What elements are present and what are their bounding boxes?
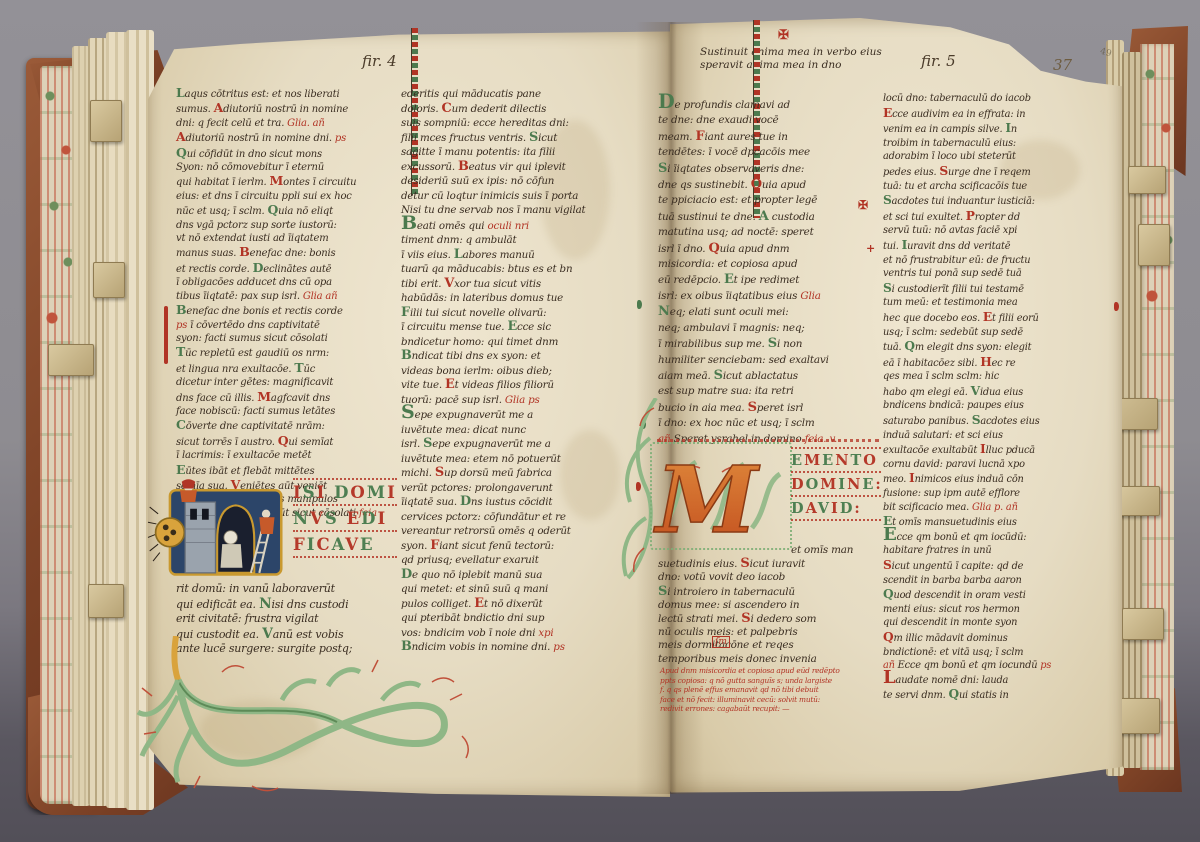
text-segment: ī dno: ex hoc nūc et usq; ī sclm <box>658 417 815 429</box>
text-line: pulos colliget. Et nō dixerūt <box>401 597 635 612</box>
text-line: Cōverte dne captivitatē nrām: <box>176 418 400 433</box>
text-segment: tibus īiqtatē: pax sup isrl. <box>176 291 303 302</box>
header-antiphon-line1: Sustinuit anima mea in verbo eius <box>700 46 925 59</box>
text-segment: nimicos eius induā cōn <box>915 474 1024 485</box>
text-segment: locū dno: tabernaculū do iacob <box>883 93 1031 104</box>
bookmark-tab <box>90 100 122 142</box>
text-line: Ecce qm bonū et qm iocūdū: <box>883 530 1113 545</box>
text-segment: dicetur inter gētes: magnificavit <box>176 377 333 388</box>
text-line: Adiutoriū nostrū in nomine dni. ps <box>176 130 400 145</box>
text-line: Beati omēs qui oculi nri <box>401 218 635 234</box>
text-segment: et nō frustrabitur eū: de fructu <box>883 255 1030 266</box>
text-line: Si custodierīt filii tui testamē <box>883 281 1113 297</box>
display-capitals-nisi-dominus: ISI DOMINVS EDIFICAVE <box>293 478 397 558</box>
text-segment: aqus cōtritus est: et nos liberati <box>185 89 340 100</box>
text-segment: ūc <box>303 364 315 375</box>
text-line: ventris tui ponā sup sedē tuā <box>883 267 1113 281</box>
text-segment: doloris. <box>401 103 442 115</box>
text-line: qui edificāt ea. Nisi dns custodi <box>176 597 426 613</box>
text-segment: meo. <box>883 474 909 485</box>
text-segment: t omīs mansuetudinis eius <box>892 517 1017 528</box>
text-segment: ppts copiosa: q nō gutta sanguīs s; unda… <box>660 676 832 685</box>
text-line: temporibus meis donec invenia <box>658 653 884 666</box>
text-segment: Glia. añ <box>287 118 325 129</box>
text-segment: tuorū: pacē sup isrl. <box>401 394 505 406</box>
text-segment: up dorsū meū fabrica <box>444 467 552 479</box>
text-line: rit domū: in vanū laboraverūt <box>176 582 426 597</box>
historiated-initial-n <box>148 476 288 582</box>
text-segment: meam. <box>658 131 695 143</box>
text-segment: suetudinis eius. <box>658 558 740 570</box>
text-line: Qui cōfidūt in dno sicut mons <box>176 146 400 161</box>
text-segment: V <box>444 276 454 291</box>
text-line: michi. Sup dorsū meū fabrica <box>401 466 635 481</box>
text-segment: te ppiciacio est: et propter legē <box>658 194 817 206</box>
text-line: qui pteribāt bndictio dni sup <box>401 611 635 626</box>
text-segment <box>326 483 334 502</box>
page-stack-edge <box>106 32 128 808</box>
text-segment: enefac dne bonis et rectis corde <box>186 306 342 317</box>
text-line: tuā sustinui te dne. A custodia <box>658 209 884 225</box>
text-line: lectū strati mei. Si dedero som <box>658 612 884 626</box>
text-segment: xor tua sicut vitis <box>454 278 541 290</box>
text-segment: sagitte ī manu potentis: ita filii <box>401 146 555 158</box>
text-segment: custodia <box>769 211 815 223</box>
text-segment: syon: facti sumus sicut cōsolati <box>176 333 328 344</box>
text-line: tum meū: et testimonia mea <box>883 296 1113 310</box>
text-segment: ī mirabilibus sup me. <box>658 338 768 350</box>
text-segment: saturabo panibus. <box>883 416 972 427</box>
text-line: eū redēpcio. Et ipe redimet <box>658 272 884 288</box>
text-segment: f. q qs plenē effus emanavit qd nō tibi … <box>660 685 819 694</box>
text-line: filii mces fructus ventris. Sicut <box>401 131 635 146</box>
text-line: Sacdotes tui induantur iusticiā: <box>883 193 1113 209</box>
text-segment: P <box>966 208 975 223</box>
text-segment: uia apud dnm <box>720 243 790 255</box>
text-segment: icut ablactatus <box>723 370 798 382</box>
text-segment: syon. <box>401 540 430 552</box>
text-segment: bucio in aia mea. <box>658 402 748 414</box>
gloss-marker: ſm <box>712 636 730 648</box>
text-segment: D <box>658 90 674 113</box>
text-line: qes mea ī sclm sclm: hic <box>883 370 1113 384</box>
text-segment: I <box>831 500 840 517</box>
text-segment: redivit errones: cagabaūt recupit: — <box>660 704 789 713</box>
cross-icon: ✠ <box>778 28 789 43</box>
text-segment: ns iustus cōcidit <box>471 496 552 508</box>
header-antiphon-line2: speravit anima mea in dno <box>700 59 925 72</box>
text-line: et nō frustrabitur eū: de fructu <box>883 254 1113 268</box>
text-segment: B <box>401 348 412 363</box>
text-segment: M <box>820 476 838 493</box>
text-segment: E <box>176 462 185 477</box>
text-line: iuvētute mea: dicat nunc <box>401 423 635 438</box>
text-segment: : <box>875 476 882 493</box>
text-segment: isi dns custodi <box>271 598 348 611</box>
text-segment: bit scificacio mea. <box>883 502 972 513</box>
text-line: Benefac dne bonis et rectis corde <box>176 303 400 318</box>
text-segment: I <box>377 509 387 528</box>
text-line: ī lacrimis: ī exultacōe metēt <box>176 449 400 462</box>
text-segment: eā ī habitacōez sibi. <box>883 358 980 369</box>
foliate-flourish <box>132 636 482 806</box>
text-segment: bndicetur homo: qui timet dnm <box>401 336 558 348</box>
text-segment: iuvētute mea: dicat nunc <box>401 424 526 436</box>
margin-mark <box>637 300 642 309</box>
text-segment: E <box>507 319 517 334</box>
text-segment: urge dne ī reqem <box>948 167 1031 178</box>
text-segment: temporibus meis donec invenia <box>658 653 817 665</box>
text-line: Syon: nō cōmovebitur ī eternū <box>176 161 400 174</box>
text-line: scendit in barba barba aaron <box>883 574 1113 588</box>
text-line: doloris. Cum dederit dilectis <box>401 102 635 117</box>
text-line: habitare fratres in unū <box>883 544 1113 558</box>
text-segment: isrl. <box>401 438 423 450</box>
text-segment: Q <box>948 686 958 701</box>
text-segment: i custodierīt filii tui testamē <box>892 284 1024 295</box>
text-line: venim ea in campis silve. In <box>883 121 1113 137</box>
text-segment: face et nō fecit: illuminavit cecū: solv… <box>660 695 820 704</box>
text-segment: agfcavit dns <box>271 393 330 404</box>
text-segment: qd priusq; evellatur exaruit <box>401 554 539 566</box>
text-segment: te dne: dne exaudi vocē <box>658 114 778 126</box>
text-segment: S <box>740 556 749 571</box>
text-segment: isrl: ex oibus īiqtatibus eius <box>658 290 800 302</box>
text-segment: E <box>883 105 892 120</box>
text-segment: F <box>401 305 410 320</box>
text-line: eā ī habitacōez sibi. Hec re <box>883 355 1113 371</box>
text-segment: B <box>239 244 249 259</box>
text-line: et omīs man <box>658 544 884 557</box>
text-segment: D <box>334 483 350 502</box>
text-segment: t videas filios filiorū <box>455 379 554 391</box>
text-segment: B <box>401 212 417 234</box>
text-segment: iuvētute mea: etem nō potuerūt <box>401 453 561 465</box>
text-segment: uravit dns dd veritatē <box>907 241 1010 252</box>
text-segment: A <box>332 535 346 554</box>
text-segment: servū tuū: nō avtas faciē xpi <box>883 225 1017 236</box>
text-line: tui. Iuravit dns dd veritatē <box>883 238 1113 254</box>
text-line: isrl. Sepe expugnaverūt me a <box>401 437 635 452</box>
corner-number: 49 <box>1099 47 1113 59</box>
folio-mark-left: fir. 4 <box>362 52 397 70</box>
text-segment: pedes eius. <box>883 167 939 178</box>
text-line: bndicetur homo: qui timet dnm <box>401 335 635 350</box>
text-segment: michi. <box>401 467 435 479</box>
text-line: dicetur inter gētes: magnificavit <box>176 376 400 389</box>
text-segment: idua eius <box>980 387 1023 398</box>
text-segment: E <box>983 309 992 324</box>
text-segment: E <box>474 596 484 611</box>
text-segment: B <box>176 302 186 317</box>
text-segment: F <box>430 538 439 553</box>
text-line: añ Ecce qm bonū et qm iocundū ps <box>883 659 1113 673</box>
text-line: tibus īiqtatē: pax sup isrl. Glia añ <box>176 290 400 303</box>
text-segment: est sup matre sua: ita retri <box>658 385 794 397</box>
text-line: Ecce audivim ea in effrata: in <box>883 106 1113 122</box>
text-segment: I <box>838 476 847 493</box>
text-line: tuarū qa māducabis: btus es et bn <box>401 262 635 277</box>
text-segment: acdotes eius <box>980 416 1039 427</box>
text-segment: audate nomē dni: lauda <box>896 675 1009 686</box>
text-segment: qui descendit in monte syon <box>883 617 1017 628</box>
text-segment: misicordia: et copiosa apud <box>658 258 797 270</box>
text-segment: neq; ambulavi ī magnis: neq; <box>658 322 805 334</box>
text-segment: M <box>804 452 822 469</box>
text-segment: Glia ps <box>505 394 540 406</box>
text-segment: V <box>818 500 831 517</box>
gloss-note: Apud dnm misicordia et copiosa apud eūd … <box>660 666 894 714</box>
margin-initial-i <box>164 306 168 364</box>
text-line: Et omīs mansuetudinis eius <box>883 514 1113 530</box>
text-segment: N <box>259 596 271 612</box>
text-segment: um dederit dilectis <box>452 103 547 115</box>
text-segment: eatus vir qui iplevit <box>469 161 566 173</box>
text-segment: t ipe redimet <box>734 274 800 286</box>
bookmark-tab <box>48 344 94 376</box>
text-segment: I <box>293 483 303 502</box>
text-segment: sumus. <box>176 104 214 115</box>
right-page-after-initial-text: et omīs mansuetudinis eius. Sicut iuravi… <box>658 544 884 666</box>
text-segment: V <box>345 535 360 554</box>
text-line: vite tue. Et videas filios filiorū <box>401 378 635 393</box>
text-segment: Q <box>267 202 278 217</box>
text-segment: detur cū loqtur inimicis suis ī porta <box>401 190 578 202</box>
text-line: eius: et dns ī circuitu ppli sui ex hoc <box>176 190 400 203</box>
text-line: DOMINE: <box>791 473 881 497</box>
text-segment: uia apud <box>762 179 806 191</box>
text-line: et lingua nra exultacōe. Tūc <box>176 361 400 376</box>
text-segment: tuā sustinui te dne. <box>658 211 759 223</box>
text-line: Quod descendit in oram vesti <box>883 587 1113 603</box>
text-segment: E <box>347 509 362 528</box>
text-line: Tūc repletū est gaudiū os nrm: <box>176 345 400 360</box>
text-segment: ps <box>553 641 564 653</box>
text-segment: D <box>401 567 412 582</box>
text-segment: Q <box>751 177 762 192</box>
bookmark-tab <box>1116 486 1160 516</box>
text-line: suis sompniū: ecce hereditas dni: <box>401 116 635 131</box>
text-segment: ui semīat <box>288 437 333 448</box>
text-segment: S <box>325 509 339 528</box>
text-segment: adorabim ī loco ubi steterūt <box>883 151 1016 162</box>
text-segment: L <box>454 247 463 262</box>
text-segment: i non <box>777 338 802 350</box>
text-segment: ī cōvertēdo dns captivitatē <box>190 320 320 331</box>
text-segment: et omīs man <box>791 544 853 556</box>
text-line: induā salutari: et sci eius <box>883 429 1113 443</box>
text-segment: cce audivim ea in effrata: in <box>892 109 1025 120</box>
text-line: ps ī cōvertēdo dns captivitatē <box>176 319 400 332</box>
text-segment: excussorū. <box>401 161 458 173</box>
text-line: desideriū suū ex ipis: nō cōfun <box>401 174 635 189</box>
text-line: qui habitat ī ierlm. Montes ī circuitu <box>176 174 400 189</box>
text-line: Nisi tu dne servab nos ī manu vigilat <box>401 203 635 218</box>
text-line: humiliter senciebam: sed exaltavi <box>658 353 884 368</box>
text-line: Laudate nomē dni: lauda <box>883 673 1113 688</box>
text-segment: ī circuitu mense tue. <box>401 321 507 333</box>
text-line: face nobiscū: facti sumus letātes <box>176 405 400 418</box>
text-segment: tibi erit. <box>401 278 444 290</box>
text-line: hec que docebo eos. Et filii eorū <box>883 310 1113 326</box>
text-line: domus mee: si ascendero in <box>658 599 884 612</box>
text-segment: N <box>847 476 862 493</box>
text-line: dno: votū vovit deo iacob <box>658 571 884 584</box>
text-segment: : <box>854 500 861 517</box>
text-line: tendētes: ī vocē dpcacōis mee <box>658 145 884 160</box>
text-segment: S <box>714 368 723 383</box>
text-line: suetudinis eius. Sicut iuravit <box>658 557 884 571</box>
text-segment: induā salutari: et sci eius <box>883 430 1003 441</box>
text-line: f. q qs plenē effus emanavit qd nō tibi … <box>660 685 894 695</box>
folio-mark-right: fir. 5 <box>921 52 956 70</box>
text-line: syon. Fiant sicut fenū tectorū: <box>401 539 635 554</box>
text-segment: dne qs sustinebit. <box>658 179 751 191</box>
text-line: timent dnm: q ambulāt <box>401 233 635 248</box>
text-segment: aiam meā. <box>658 370 714 382</box>
text-segment: i īiqtates observaveris dne: <box>667 163 804 175</box>
text-segment: tum meū: et testimonia mea <box>883 297 1017 308</box>
text-segment: et lingua nra exultacōe. <box>176 364 294 375</box>
text-segment: N <box>293 509 310 528</box>
text-segment: eq; elati sunt oculi mei: <box>670 306 789 318</box>
text-segment: ui statis in <box>959 690 1009 701</box>
text-segment: N <box>835 452 850 469</box>
text-segment: V <box>971 383 980 398</box>
text-segment: Apud dnm misicordia et copiosa apud eūd … <box>660 666 840 675</box>
text-segment: t nō dixerūt <box>484 598 543 610</box>
text-segment: M <box>367 483 387 502</box>
text-segment: hec que docebo eos. <box>883 313 983 324</box>
text-line: neq; ambulavi ī magnis: neq; <box>658 321 884 336</box>
text-segment: bndictionē: et vitā usq; ī sclm <box>883 647 1023 658</box>
text-line: usq; ī sclm: sedebūt sup sedē <box>883 326 1113 340</box>
text-line: īiqtatē sua. Dns iustus cōcidit <box>401 495 635 510</box>
text-segment: T <box>850 452 863 469</box>
text-segment: E <box>445 377 455 392</box>
text-segment: vite tue. <box>401 379 445 391</box>
text-segment: epe expugnaverūt me a <box>415 409 533 421</box>
text-line: bndictionē: et vitā usq; ī sclm <box>883 646 1113 660</box>
text-segment: ui cōfidūt in dno sicut mons <box>187 149 322 160</box>
text-segment: D <box>840 500 855 517</box>
right-page-column-1: De profundis clamavi adte dne: dne exaud… <box>658 96 884 447</box>
text-segment: ederitis qui māducatis pane <box>401 88 541 100</box>
text-segment: vt nō extendat iusti ad īiqtatem <box>176 233 329 244</box>
text-segment: cce qm bonū et qm iocūdū: <box>897 532 1027 543</box>
text-line: tibi erit. Vxor tua sicut vitis <box>401 277 635 292</box>
text-line: saturabo panibus. Sacdotes eius <box>883 413 1113 429</box>
svg-text:M: M <box>653 446 761 548</box>
text-segment: ec re <box>992 358 1016 369</box>
text-segment: et sci tui exultet. <box>883 212 966 223</box>
text-segment: eū redēpcio. <box>658 274 724 286</box>
text-segment: Glia <box>800 290 820 302</box>
text-segment: icut <box>538 132 557 144</box>
text-line: Apud dnm misicordia et copiosa apud eūd … <box>660 666 894 676</box>
text-segment: O <box>806 476 821 493</box>
text-segment: S <box>423 436 432 451</box>
text-segment: F <box>293 535 307 554</box>
text-segment: desideriū suū ex ipis: nō cōfun <box>401 175 554 187</box>
text-segment: O <box>863 452 878 469</box>
text-segment: erit civitatē: frustra vigilat <box>176 612 318 625</box>
text-line: sumus. Adiutoriū nostrū in nomine <box>176 101 400 116</box>
text-line: vereantur retrorsū omēs q oderūt <box>401 524 635 539</box>
text-segment: ūtes ibāt et flebāt mittētes <box>185 466 314 477</box>
text-segment: tuarū qa māducabis: btus es et bn <box>401 263 572 275</box>
text-segment: S <box>658 161 667 176</box>
text-segment: A <box>759 209 769 224</box>
text-segment: Q <box>278 433 289 448</box>
text-line: tuorū: pacē sup isrl. Glia ps <box>401 393 635 408</box>
text-line: fusione: sup ipm autē efflore <box>883 487 1113 501</box>
text-segment: m elegit dns syon: elegit <box>915 342 1032 353</box>
text-line: ī viis eius. Labores manuū <box>401 248 635 263</box>
text-line: NVS EDI <box>293 506 397 532</box>
text-segment: diutoriū nostrū in nomine dni. <box>186 133 335 144</box>
text-line: DAVID: <box>791 497 881 521</box>
text-segment: habitare fratres in unū <box>883 545 992 556</box>
text-segment: dno: votū vovit deo iacob <box>658 571 785 583</box>
text-segment: I <box>307 535 317 554</box>
text-segment: cornu david: paravi lucnā xpo <box>883 459 1025 470</box>
text-segment: lectū strati mei. <box>658 613 741 625</box>
text-segment: m illic mādavit dominus <box>893 633 1007 644</box>
text-line: redivit errones: cagabaūt recupit: — <box>660 704 894 714</box>
text-segment: iant sicut fenū tectorū: <box>439 540 554 552</box>
text-line: Sicut ungentū ī capite: qd de <box>883 558 1113 574</box>
text-segment: ontes ī circuitu <box>283 177 356 188</box>
text-line: ī mirabilibus sup me. Si non <box>658 336 884 352</box>
text-segment: Q <box>883 629 893 644</box>
text-line: meo. Inimicos eius induā cōn <box>883 471 1113 487</box>
text-line: servū tuū: nō avtas faciē xpi <box>883 224 1113 238</box>
text-segment: tuā: tu et archa scificacōis tue <box>883 181 1027 192</box>
text-segment: D <box>791 476 806 493</box>
text-line: Neq; elati sunt oculi mei: <box>658 304 884 320</box>
text-line: De profundis clamavi ad <box>658 96 884 113</box>
text-segment: Nisi tu dne servab nos ī manu vigilat <box>401 204 585 216</box>
text-segment: t filii eorū <box>992 313 1039 324</box>
text-segment: E <box>862 476 875 493</box>
bookmark-tab <box>1128 166 1166 194</box>
text-segment: L <box>883 667 896 688</box>
text-segment: Ecce qm bonū et qm iocundū <box>898 660 1041 671</box>
text-segment: C <box>176 417 186 432</box>
text-segment: D <box>253 260 264 275</box>
text-line: isrl ī dno. Quia apud dnm <box>658 241 884 257</box>
text-segment: menti eius: sicut ros hermon <box>883 604 1020 615</box>
text-segment: Q <box>709 241 720 256</box>
text-segment: M <box>257 389 271 404</box>
text-line: qd priusq; evellatur exaruit <box>401 553 635 568</box>
text-segment: nūc et usq; ī sclm. <box>176 206 267 217</box>
text-segment: troibim in tabernaculū eius: <box>883 138 1016 149</box>
text-segment: uod descendit in oram vesti <box>893 590 1025 601</box>
text-segment: ī lacrimis: ī exultacōe metēt <box>176 450 311 461</box>
text-segment: tendētes: ī vocē dpcacōis mee <box>658 146 810 158</box>
text-segment: S <box>303 483 317 502</box>
text-segment: ps <box>176 320 190 331</box>
text-segment: bndicens bndicā: paupes eius <box>883 400 1024 411</box>
text-segment: cervices pctorz: cōfundātur et re <box>401 511 566 523</box>
text-segment: oculi nri <box>487 220 529 232</box>
text-segment: suis sompniū: ecce hereditas dni: <box>401 117 569 129</box>
text-segment: C <box>316 535 331 554</box>
text-line: cornu david: paravi lucnā xpo <box>883 458 1113 472</box>
text-segment: domus mee: si ascendero in <box>658 599 799 611</box>
